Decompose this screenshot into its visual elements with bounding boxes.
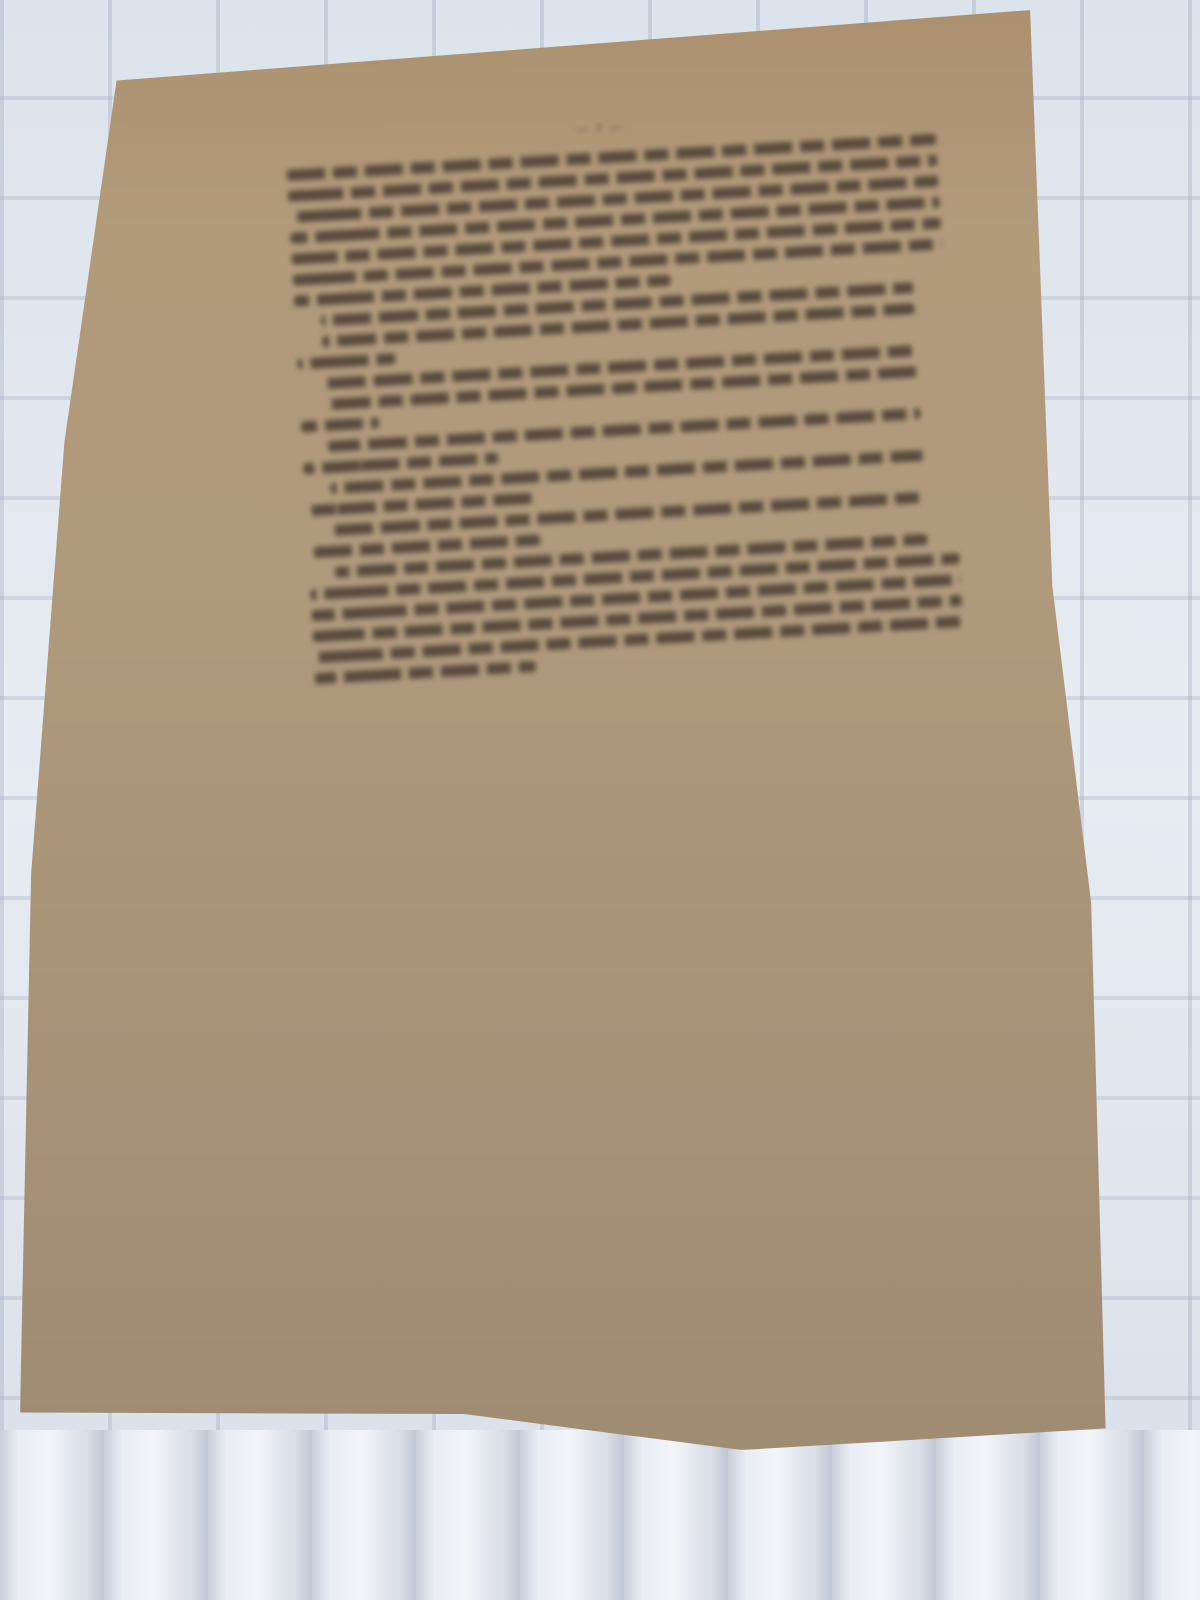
woven-surface (0, 1430, 1200, 1600)
text-line (301, 417, 379, 432)
text-lines (287, 134, 965, 694)
text-line (308, 534, 542, 558)
text-line (305, 493, 533, 517)
text-line (315, 661, 536, 684)
text-line (328, 408, 920, 452)
text-line (303, 453, 498, 475)
text-line (297, 353, 395, 369)
